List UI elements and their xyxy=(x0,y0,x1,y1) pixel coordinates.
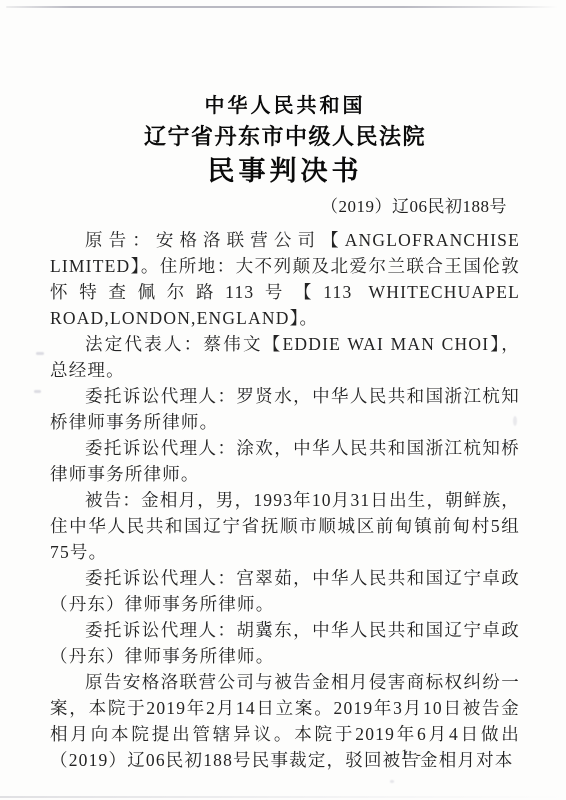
judgment-paragraph: 被告：金相月，男，1993年10月31日出生，朝鲜族，住中华人民共和国辽宁省抚顺… xyxy=(50,487,520,565)
judgment-paragraph: 法定代表人：蔡伟文【EDDIE WAI MAN CHOI】，总经理。 xyxy=(50,331,520,383)
judgment-paragraph: 委托诉讼代理人：罗贤水，中华人民共和国浙江杭知桥律师事务所律师。 xyxy=(50,383,520,435)
title-document-type: 民事判决书 xyxy=(50,154,520,188)
scan-speck-artifact xyxy=(390,780,394,783)
judgment-document: 中华人民共和国 辽宁省丹东市中级人民法院 民事判决书 （2019）辽06民初18… xyxy=(50,94,520,773)
title-court: 辽宁省丹东市中级人民法院 xyxy=(50,124,520,150)
document-body: 原告：安格洛联营公司【ANGLOFRANCHISE LIMITED】。住所地：大… xyxy=(50,227,520,773)
judgment-paragraph: 原告：安格洛联营公司【ANGLOFRANCHISE LIMITED】。住所地：大… xyxy=(50,227,520,331)
scan-edge-artifact-top xyxy=(6,6,558,8)
scan-speck-artifact xyxy=(34,390,41,393)
scanned-judgment-page: 中华人民共和国 辽宁省丹东市中级人民法院 民事判决书 （2019）辽06民初18… xyxy=(0,0,566,800)
scan-speck-artifact xyxy=(36,352,44,355)
case-number: （2019）辽06民初188号 xyxy=(50,196,520,218)
judgment-paragraph: 委托诉讼代理人：胡冀东，中华人民共和国辽宁卓政（丹东）律师事务所律师。 xyxy=(50,617,520,669)
judgment-paragraph: 委托诉讼代理人：宫翠茹，中华人民共和国辽宁卓政（丹东）律师事务所律师。 xyxy=(50,565,520,617)
judgment-paragraph: 委托诉讼代理人：涂欢，中华人民共和国浙江杭知桥律师事务所律师。 xyxy=(50,435,520,487)
scan-edge-artifact-bottom xyxy=(0,796,566,798)
title-country: 中华人民共和国 xyxy=(50,94,520,118)
scan-speck-artifact xyxy=(513,416,517,426)
page-number: - 1 - xyxy=(388,747,423,764)
judgment-paragraph: 原告安格洛联营公司与被告金相月侵害商标权纠纷一案，本院于2019年2月14日立案… xyxy=(50,669,520,773)
